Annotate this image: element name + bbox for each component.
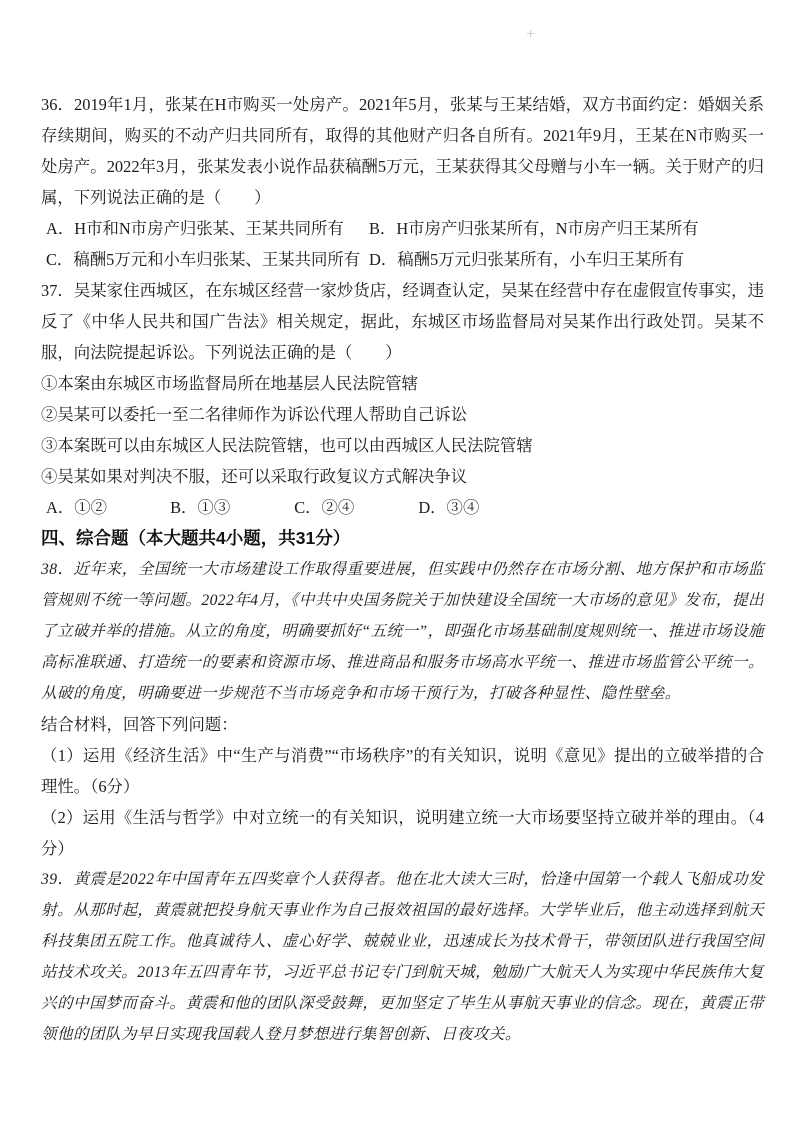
scan-artifact: + [526,28,535,39]
q37-statement-3: ③本案既可以由东城区人民法院管辖，也可以由西城区人民法院管辖 [41,430,764,461]
q36-option-d: D．稿酬5万元归张某所有，小车归王某所有 [369,244,684,275]
q36-option-c: C．稿酬5万元和小车归张某、王某共同所有 [46,244,369,275]
q38-prompt: 结合材料，回答下列问题： [41,709,764,740]
question-37: 37．吴某家住西城区，在东城区经营一家炒货店，经调查认定，吴某在经营中存在虚假宣… [41,275,764,523]
question-39: 39．黄震是2022年中国青年五四奖章个人获得者。他在北大读大三时，恰逢中国第一… [41,864,764,1050]
q37-choice-b: B．①③ [170,492,290,523]
q37-statement-2: ②吴某可以委托一至二名律师作为诉讼代理人帮助自己诉讼 [41,399,764,430]
q37-stem: 37．吴某家住西城区，在东城区经营一家炒货店，经调查认定，吴某在经营中存在虚假宣… [41,275,764,368]
question-38: 38．近年来，全国统一大市场建设工作取得重要进展，但实践中仍然存在市场分割、地方… [41,554,764,864]
q37-statement-4: ④吴某如果对判决不服，还可以采取行政复议方式解决争议 [41,461,764,492]
q37-choices-row: A．①② B．①③ C．②④ D．③④ [41,492,764,523]
q39-stem: 39．黄震是2022年中国青年五四奖章个人获得者。他在北大读大三时，恰逢中国第一… [41,864,764,1050]
q37-statement-1: ①本案由东城区市场监督局所在地基层人民法院管辖 [41,368,764,399]
q36-options-row-2: C．稿酬5万元和小车归张某、王某共同所有 D．稿酬5万元归张某所有，小车归王某所… [41,244,764,275]
q36-option-b: B．H市房产归张某所有，N市房产归王某所有 [369,213,699,244]
q37-choice-a: A．①② [46,492,166,523]
q36-stem: 36．2019年1月，张某在H市购买一处房产。2021年5月，张某与王某结婚，双… [41,89,764,213]
exam-content: 36．2019年1月，张某在H市购买一处房产。2021年5月，张某与王某结婚，双… [41,89,764,1050]
q38-stem: 38．近年来，全国统一大市场建设工作取得重要进展，但实践中仍然存在市场分割、地方… [41,554,764,709]
question-36: 36．2019年1月，张某在H市购买一处房产。2021年5月，张某与王某结婚，双… [41,89,764,275]
q37-choice-d: D．③④ [418,492,538,523]
q36-option-a: A．H市和N市房产归张某、王某共同所有 [46,213,369,244]
section-4-header: 四、综合题（本大题共4小题，共31分） [41,523,764,554]
q36-options-row-1: A．H市和N市房产归张某、王某共同所有 B．H市房产归张某所有，N市房产归王某所… [41,213,764,244]
exam-page: + 36．2019年1月，张某在H市购买一处房产。2021年5月，张某与王某结婚… [0,0,793,1122]
q37-choice-c: C．②④ [294,492,414,523]
q38-part-2: （2）运用《生活与哲学》中对立统一的有关知识，说明建立统一大市场要坚持立破并举的… [41,802,764,864]
q38-part-1: （1）运用《经济生活》中“生产与消费”“市场秩序”的有关知识，说明《意见》提出的… [41,740,764,802]
